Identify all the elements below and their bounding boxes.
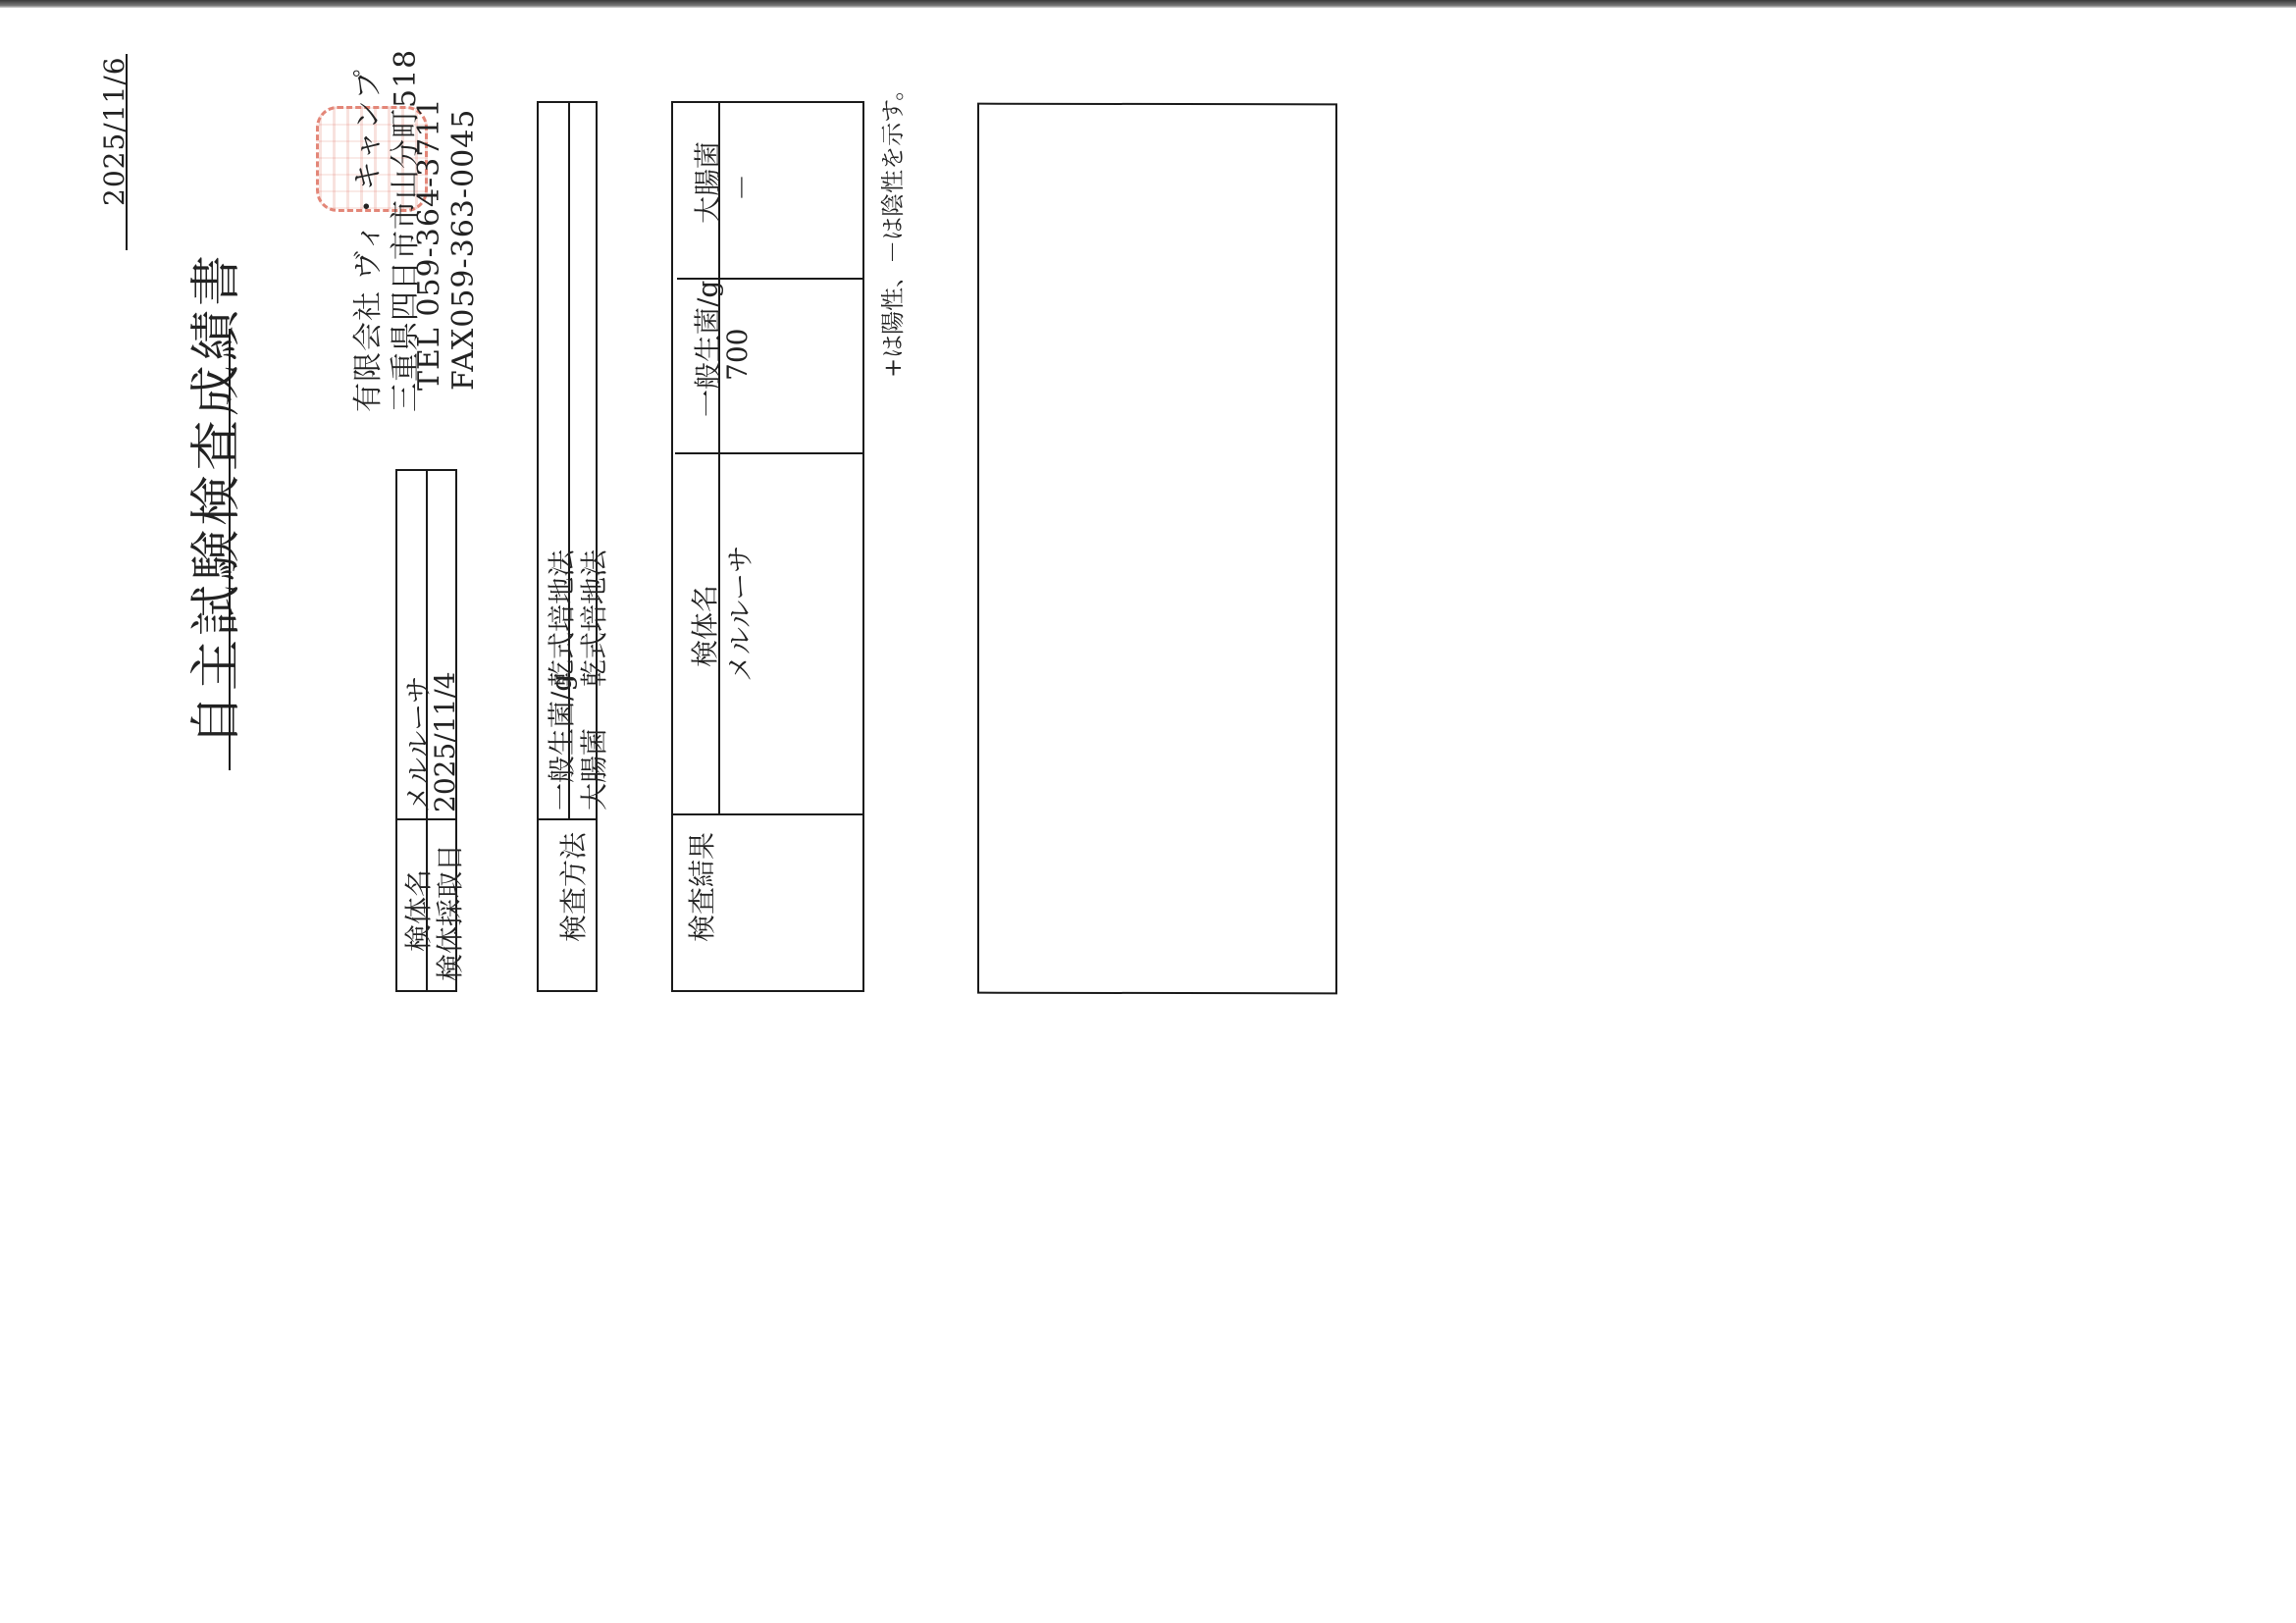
method-value-ecoli: 乾式培地法: [573, 550, 612, 687]
method-label: 検査方法: [552, 832, 592, 942]
company-fax: FAX059-363-0045: [446, 109, 481, 391]
company-tel: TEL 059-364-3711: [412, 97, 446, 391]
title-underline: [229, 329, 231, 770]
sample-table-col-divider: [395, 818, 457, 820]
sample-date-label: 検体採取日: [429, 844, 468, 981]
results-col-sample: 検体名: [684, 585, 723, 667]
results-ecoli-value: －: [721, 174, 760, 201]
method-table-label-divider: [537, 818, 598, 820]
method-item-ecoli: 大腸菌: [573, 728, 612, 811]
results-sample-value: メルルーサ: [719, 546, 758, 682]
page-title: 自主試験検査成績書: [175, 251, 248, 746]
results-col-divider-1: [671, 813, 864, 815]
remarks-box: [977, 103, 1337, 995]
results-general-value: 700: [721, 329, 754, 381]
legend-note: +は陽性、－は陰性を示す。: [873, 78, 908, 378]
scan-edge: [0, 0, 2296, 8]
results-col-divider-2: [675, 452, 862, 454]
issue-date-underline: [126, 54, 128, 250]
sample-date-value: 2025/11/4: [429, 671, 461, 812]
results-col-ecoli: 大腸菌: [687, 141, 726, 224]
results-col-general: 一般生菌/g: [687, 281, 726, 417]
results-label: 検査結果: [681, 832, 720, 942]
